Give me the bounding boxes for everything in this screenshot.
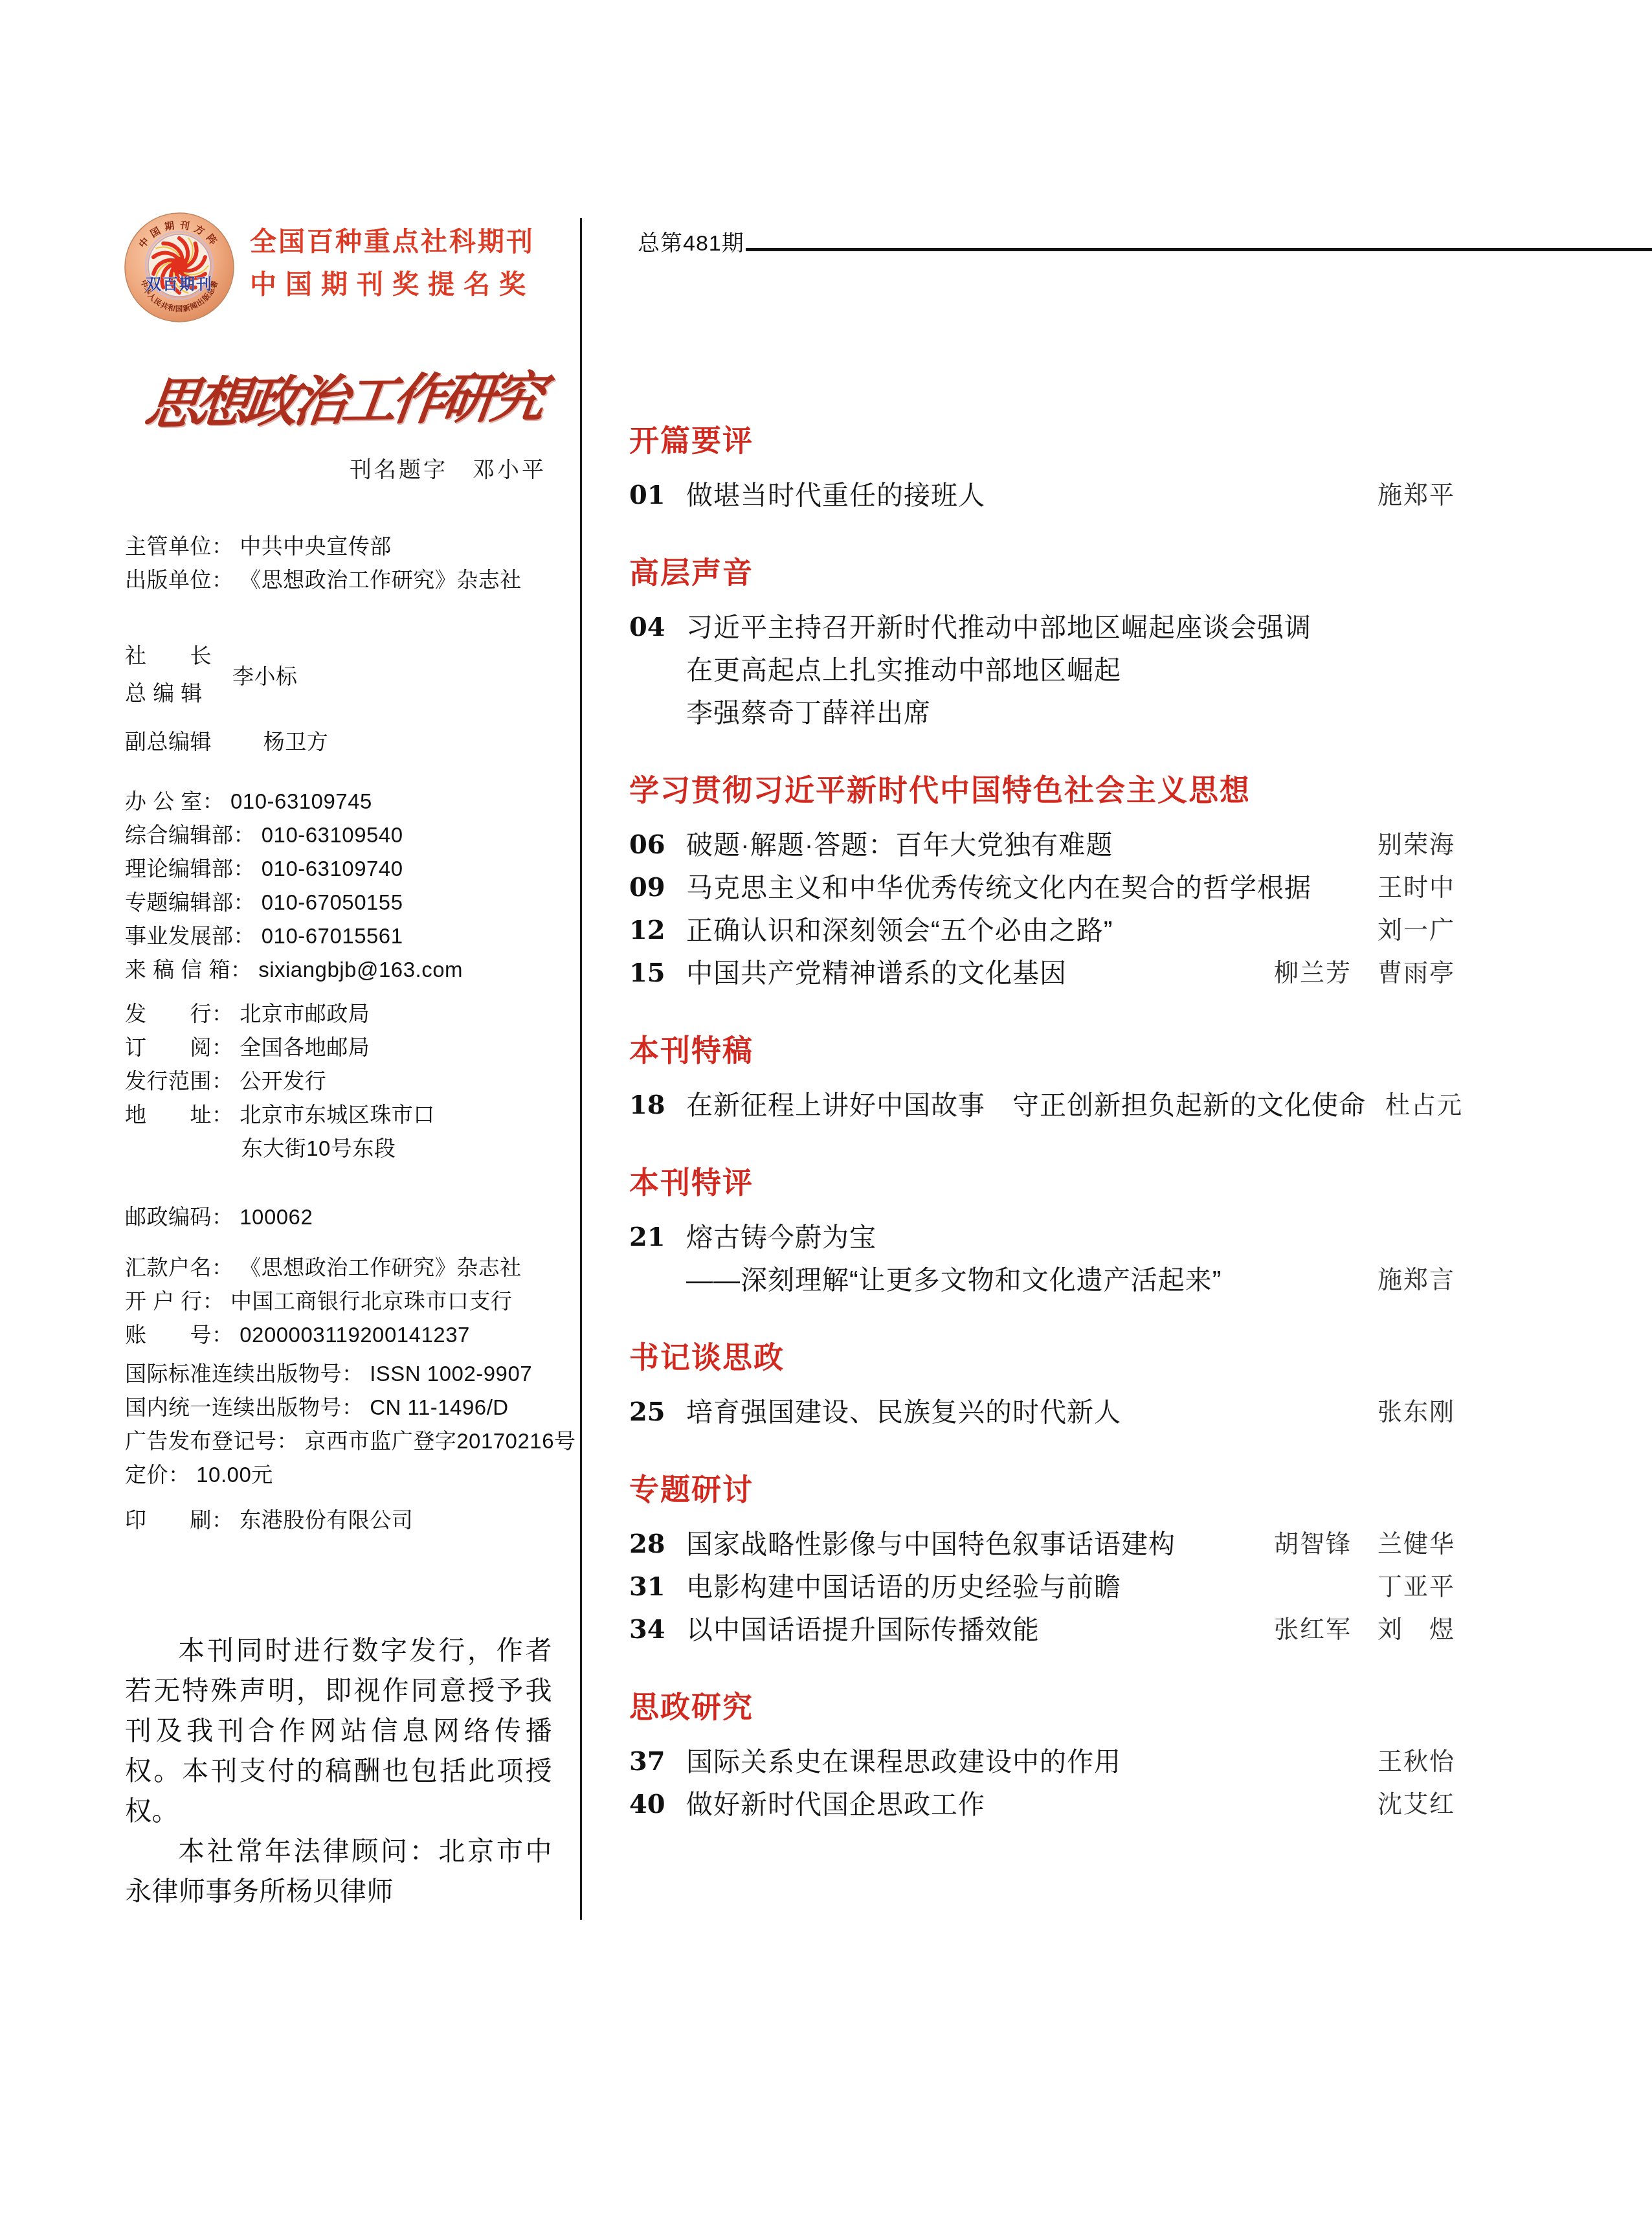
toc-item-authors: 施郑平	[1358, 474, 1455, 517]
toc-item-lines: 培育强国建设、民族复兴的时代新人张东刚	[686, 1391, 1455, 1433]
info-value: 010-67015561	[262, 924, 403, 948]
toc-item: 34 以中国话语提升国际传播效能张红军 刘 煜	[629, 1608, 1455, 1651]
toc-item: 40 做好新时代国企思政工作沈艾红	[629, 1783, 1455, 1826]
info-label: 国际标准连续出版物号：	[125, 1362, 364, 1386]
journal-title-calligraphy: 思想政治工作研究	[141, 354, 540, 439]
toc-item-lines: 国际关系史在课程思政建设中的作用王秋怡	[686, 1740, 1455, 1783]
toc-section-items: 21 熔古铸今蔚为宝——深刻理解“让更多文物和文化遗产活起来”施郑言	[629, 1216, 1455, 1301]
toc-item-title: 国家战略性影像与中国特色叙事话语建构	[686, 1523, 1176, 1566]
toc-page-number: 06	[629, 824, 686, 866]
toc-page-number: 04	[629, 606, 686, 734]
info-label: 办 公 室：	[125, 789, 224, 813]
publisher-info-row: 东大街10号东段	[125, 1134, 560, 1163]
toc-line: 习近平主持召开新时代推动中部地区崛起座谈会强调	[686, 606, 1455, 649]
info-value: 中国工商银行北京珠市口支行	[230, 1289, 513, 1313]
toc-item-title: 熔古铸今蔚为宝	[686, 1216, 876, 1259]
title-inscription: 刊名题字 邓小平	[350, 452, 546, 484]
info-value: CN 11-1496/D	[370, 1395, 509, 1419]
toc-section-items: 28 国家战略性影像与中国特色叙事话语建构胡智锋 兰健华 31 电影构建中国话语…	[629, 1523, 1455, 1651]
info-label: 广告发布登记号：	[125, 1429, 298, 1453]
toc-line: 李强蔡奇丁薛祥出席	[686, 691, 1455, 734]
toc-item-lines: 破题·解题·答题：百年大党独有难题别荣海	[686, 824, 1455, 866]
publisher-info-row: 理论编辑部： 010-63109740	[125, 855, 560, 883]
toc-item: 04 习近平主持召开新时代推动中部地区崛起座谈会强调在更高起点上扎实推动中部地区…	[629, 606, 1455, 734]
table-of-contents: 开篇要评 01 做堪当时代重任的接班人施郑平 高层声音 04 习近平主持召开新时…	[629, 422, 1455, 1826]
toc-item-authors: 柳兰芳 曹雨亭	[1255, 952, 1455, 995]
toc-item-title: 习近平主持召开新时代推动中部地区崛起座谈会强调	[686, 606, 1312, 649]
toc-page-number: 37	[629, 1740, 686, 1783]
toc-item-authors: 施郑言	[1358, 1259, 1455, 1301]
column-divider	[580, 218, 582, 1920]
toc-item-authors: 沈艾红	[1358, 1783, 1455, 1826]
toc-section: 开篇要评 01 做堪当时代重任的接班人施郑平	[629, 422, 1455, 517]
toc-item-authors: 王时中	[1358, 866, 1455, 909]
publisher-info-row: 订 阅： 全国各地邮局	[125, 1033, 560, 1062]
toc-item-title: 中国共产党精神谱系的文化基因	[686, 952, 1067, 995]
info-group: 发 行： 北京市邮政局 订 阅： 全国各地邮局 发行范围： 公开发行 地 址： …	[125, 1000, 560, 1163]
badge-center-text: 双百期刊	[146, 276, 213, 293]
info-value: 公开发行	[240, 1069, 326, 1093]
publisher-info-row: 主管单位： 中共中央宣传部	[125, 532, 560, 561]
publisher-info-column: 主管单位： 中共中央宣传部 出版单位： 《思想政治工作研究》杂志社 社 长 总 …	[125, 532, 560, 1911]
toc-line: 马克思主义和中华优秀传统文化内在契合的哲学根据王时中	[686, 866, 1455, 909]
toc-page-number: 21	[629, 1216, 686, 1301]
toc-page-number: 34	[629, 1608, 686, 1651]
info-group: 印 刷： 东港股份有限公司	[125, 1506, 560, 1535]
info-label: 综合编辑部：	[125, 823, 255, 847]
publisher-info-row: 开 户 行： 中国工商银行北京珠市口支行	[125, 1287, 560, 1316]
toc-item-lines: 以中国话语提升国际传播效能张红军 刘 煜	[686, 1608, 1455, 1651]
publisher-info-row: 综合编辑部： 010-63109540	[125, 821, 560, 849]
toc-line: 破题·解题·答题：百年大党独有难题别荣海	[686, 824, 1455, 866]
toc-item-title: 以中国话语提升国际传播效能	[686, 1608, 1040, 1651]
info-value: 全国各地邮局	[240, 1035, 370, 1059]
toc-item-title: 在新征程上讲好中国故事 守正创新担负起新的文化使命	[686, 1084, 1366, 1127]
toc-section-title: 专题研讨	[629, 1471, 1455, 1507]
toc-section-title: 书记谈思政	[629, 1339, 1455, 1375]
info-value: 10.00元	[196, 1463, 273, 1487]
toc-line: 培育强国建设、民族复兴的时代新人张东刚	[686, 1391, 1455, 1433]
publisher-info-row: 出版单位： 《思想政治工作研究》杂志社	[125, 566, 560, 594]
award-line: 中国期刊奖提名奖	[250, 263, 535, 306]
info-label: 理论编辑部：	[125, 857, 255, 881]
info-value: ISSN 1002-9907	[370, 1362, 532, 1386]
toc-item-title: 在更高起点上扎实推动中部地区崛起	[686, 649, 1121, 691]
toc-item-authors: 丁亚平	[1358, 1566, 1455, 1608]
toc-item: 25 培育强国建设、民族复兴的时代新人张东刚	[629, 1391, 1455, 1433]
award-titles: 全国百种重点社科期刊 中国期刊奖提名奖	[250, 220, 535, 306]
toc-section: 书记谈思政 25 培育强国建设、民族复兴的时代新人张东刚	[629, 1339, 1455, 1433]
toc-item-lines: 习近平主持召开新时代推动中部地区崛起座谈会强调在更高起点上扎实推动中部地区崛起李…	[686, 606, 1455, 734]
toc-section-items: 01 做堪当时代重任的接班人施郑平	[629, 474, 1455, 517]
toc-line: 国际关系史在课程思政建设中的作用王秋怡	[686, 1740, 1455, 1783]
publisher-info-row: 办 公 室： 010-63109745	[125, 787, 560, 816]
toc-item-lines: 做好新时代国企思政工作沈艾红	[686, 1783, 1455, 1826]
info-value: 010-67050155	[262, 890, 403, 914]
toc-line: 国家战略性影像与中国特色叙事话语建构胡智锋 兰健华	[686, 1523, 1455, 1566]
header-rule	[746, 248, 1652, 251]
toc-item-authors: 张东刚	[1358, 1391, 1455, 1433]
toc-item: 15 中国共产党精神谱系的文化基因柳兰芳 曹雨亭	[629, 952, 1455, 995]
toc-page-number: 28	[629, 1523, 686, 1566]
info-value: 京西市监广登字20170216号	[305, 1429, 576, 1453]
info-label: 账 号：	[125, 1323, 234, 1347]
publisher-info-row: 账 号： 0200003119200141237	[125, 1321, 560, 1349]
leadership-block: 社 长 总 编 辑 李小标 副总编辑 杨卫方	[125, 637, 560, 756]
deputy-editor-label: 副总编辑	[125, 730, 212, 754]
toc-line: 在新征程上讲好中国故事 守正创新担负起新的文化使命杜占元	[686, 1084, 1455, 1127]
president-editor-row: 社 长 总 编 辑 李小标	[125, 637, 560, 712]
toc-line: 正确认识和深刻领会“五个必由之路”刘一广	[686, 909, 1455, 952]
president-label: 社 长	[125, 637, 223, 675]
toc-page-number: 25	[629, 1391, 686, 1433]
toc-item-title: 正确认识和深刻领会“五个必由之路”	[686, 909, 1113, 952]
info-value: 《思想政治工作研究》杂志社	[240, 568, 522, 592]
toc-section-title: 本刊特评	[629, 1164, 1455, 1200]
info-label: 订 阅：	[125, 1035, 234, 1059]
toc-item-lines: 正确认识和深刻领会“五个必由之路”刘一广	[686, 909, 1455, 952]
legal-counsel-paragraph: 本社常年法律顾问：北京市中永律师事务所杨贝律师	[125, 1831, 552, 1911]
toc-item-title: 李强蔡奇丁薛祥出席	[686, 691, 931, 734]
info-label: 邮政编码：	[125, 1205, 234, 1229]
info-value: 北京市邮政局	[240, 1002, 370, 1026]
toc-item-lines: 中国共产党精神谱系的文化基因柳兰芳 曹雨亭	[686, 952, 1455, 995]
toc-section: 本刊特稿 18 在新征程上讲好中国故事 守正创新担负起新的文化使命杜占元	[629, 1032, 1455, 1127]
toc-item-title: 做堪当时代重任的接班人	[686, 474, 985, 517]
toc-section-items: 37 国际关系史在课程思政建设中的作用王秋怡 40 做好新时代国企思政工作沈艾红	[629, 1740, 1455, 1826]
toc-item: 01 做堪当时代重任的接班人施郑平	[629, 474, 1455, 517]
toc-item-title: 破题·解题·答题：百年大党独有难题	[686, 824, 1113, 866]
toc-item-title: 培育强国建设、民族复兴的时代新人	[686, 1391, 1121, 1433]
deputy-editor-row: 副总编辑 杨卫方	[125, 728, 560, 756]
publisher-info-row: 国内统一连续出版物号： CN 11-1496/D	[125, 1393, 560, 1422]
toc-page-number: 15	[629, 952, 686, 995]
info-value: 010-63109745	[230, 789, 372, 813]
info-value: 010-63109540	[262, 823, 403, 847]
toc-item: 31 电影构建中国话语的历史经验与前瞻丁亚平	[629, 1566, 1455, 1608]
toc-page-number: 31	[629, 1566, 686, 1608]
chief-editor-label: 总 编 辑	[125, 675, 223, 712]
toc-item-authors: 张红军 刘 煜	[1255, 1608, 1455, 1651]
toc-item-lines: 国家战略性影像与中国特色叙事话语建构胡智锋 兰健华	[686, 1523, 1455, 1566]
info-value: 东港股份有限公司	[240, 1508, 413, 1532]
toc-item: 21 熔古铸今蔚为宝——深刻理解“让更多文物和文化遗产活起来”施郑言	[629, 1216, 1455, 1301]
toc-line: 以中国话语提升国际传播效能张红军 刘 煜	[686, 1608, 1455, 1651]
toc-item-title: 电影构建中国话语的历史经验与前瞻	[686, 1566, 1121, 1608]
toc-item: 18 在新征程上讲好中国故事 守正创新担负起新的文化使命杜占元	[629, 1084, 1455, 1127]
toc-item-authors: 胡智锋 兰健华	[1255, 1523, 1455, 1566]
toc-page-number: 18	[629, 1084, 686, 1127]
publisher-info-row: 汇款户名： 《思想政治工作研究》杂志社	[125, 1254, 560, 1282]
info-value: 100062	[240, 1205, 313, 1229]
toc-item: 06 破题·解题·答题：百年大党独有难题别荣海	[629, 824, 1455, 866]
toc-section-items: 04 习近平主持召开新时代推动中部地区崛起座谈会强调在更高起点上扎实推动中部地区…	[629, 606, 1455, 734]
toc-section-items: 06 破题·解题·答题：百年大党独有难题别荣海 09 马克思主义和中华优秀传统文…	[629, 824, 1455, 995]
publisher-info-row: 定价： 10.00元	[125, 1461, 560, 1489]
toc-item-lines: 熔古铸今蔚为宝——深刻理解“让更多文物和文化遗产活起来”施郑言	[686, 1216, 1455, 1301]
toc-line: 中国共产党精神谱系的文化基因柳兰芳 曹雨亭	[686, 952, 1455, 995]
toc-line: 做好新时代国企思政工作沈艾红	[686, 1783, 1455, 1826]
info-value: 中共中央宣传部	[240, 534, 392, 558]
publisher-info-row: 印 刷： 东港股份有限公司	[125, 1506, 560, 1535]
info-label: 开 户 行：	[125, 1289, 224, 1313]
award-line: 全国百种重点社科期刊	[250, 220, 535, 263]
toc-item-title: 马克思主义和中华优秀传统文化内在契合的哲学根据	[686, 866, 1312, 909]
toc-item-lines: 在新征程上讲好中国故事 守正创新担负起新的文化使命杜占元	[686, 1084, 1455, 1127]
info-label: 定价：	[125, 1463, 190, 1487]
toc-item-title: ——深刻理解“让更多文物和文化遗产活起来”	[686, 1259, 1222, 1301]
toc-item: 28 国家战略性影像与中国特色叙事话语建构胡智锋 兰健华	[629, 1523, 1455, 1566]
info-label: 主管单位：	[125, 534, 234, 558]
toc-section: 思政研究 37 国际关系史在课程思政建设中的作用王秋怡 40 做好新时代国企思政…	[629, 1689, 1455, 1826]
toc-item-authors: 别荣海	[1358, 824, 1455, 866]
info-value: 北京市东城区珠市口	[240, 1103, 435, 1127]
toc-item-title: 做好新时代国企思政工作	[686, 1783, 985, 1826]
toc-item-authors: 杜占元	[1366, 1084, 1463, 1127]
toc-section: 高层声音 04 习近平主持召开新时代推动中部地区崛起座谈会强调在更高起点上扎实推…	[629, 554, 1455, 734]
issue-number: 总第481期	[638, 225, 744, 257]
toc-item-lines: 马克思主义和中华优秀传统文化内在契合的哲学根据王时中	[686, 866, 1455, 909]
info-value: 东大街10号东段	[241, 1136, 396, 1160]
toc-item-lines: 电影构建中国话语的历史经验与前瞻丁亚平	[686, 1566, 1455, 1608]
info-label: 事业发展部：	[125, 924, 255, 948]
info-label: 汇款户名：	[125, 1255, 234, 1279]
info-label: 印 刷：	[125, 1508, 234, 1532]
info-label: 出版单位：	[125, 568, 234, 592]
publisher-info-row: 发 行： 北京市邮政局	[125, 1000, 560, 1028]
toc-section-title: 高层声音	[629, 554, 1455, 590]
toc-page-number: 40	[629, 1783, 686, 1826]
toc-section: 专题研讨 28 国家战略性影像与中国特色叙事话语建构胡智锋 兰健华 31 电影构…	[629, 1471, 1455, 1651]
deputy-editor-name: 杨卫方	[263, 730, 329, 754]
publisher-info-row: 国际标准连续出版物号： ISSN 1002-9907	[125, 1360, 560, 1388]
info-value: 《思想政治工作研究》杂志社	[240, 1255, 522, 1279]
info-label: 专题编辑部：	[125, 890, 255, 914]
info-group: 办 公 室： 010-63109745 综合编辑部： 010-63109540 …	[125, 787, 560, 984]
info-label: 发行范围：	[125, 1069, 234, 1093]
toc-item: 09 马克思主义和中华优秀传统文化内在契合的哲学根据王时中	[629, 866, 1455, 909]
publisher-info-row: 来 稿 信 箱： sixiangbjb@163.com	[125, 956, 560, 984]
toc-item-title: 国际关系史在课程思政建设中的作用	[686, 1740, 1121, 1783]
publisher-info-row: 发行范围： 公开发行	[125, 1067, 560, 1096]
toc-line: 熔古铸今蔚为宝	[686, 1216, 1455, 1259]
toc-page-number: 12	[629, 909, 686, 952]
toc-section-title: 开篇要评	[629, 422, 1455, 458]
digital-rights-paragraph: 本刊同时进行数字发行，作者若无特殊声明，即视作同意授予我刊及我刊合作网站信息网络…	[125, 1630, 552, 1831]
publisher-info-row: 专题编辑部： 010-67050155	[125, 888, 560, 917]
journal-award-badge-icon: 中国期刊方阵 中华人民共和国新闻出版总署 双百期刊	[124, 211, 234, 324]
publisher-info-row: 地 址： 北京市东城区珠市口	[125, 1101, 560, 1129]
toc-page-number: 09	[629, 866, 686, 909]
toc-line: 做堪当时代重任的接班人施郑平	[686, 474, 1455, 517]
toc-section: 本刊特评 21 熔古铸今蔚为宝——深刻理解“让更多文物和文化遗产活起来”施郑言	[629, 1164, 1455, 1301]
info-group: 国际标准连续出版物号： ISSN 1002-9907 国内统一连续出版物号： C…	[125, 1360, 560, 1489]
toc-section-items: 25 培育强国建设、民族复兴的时代新人张东刚	[629, 1391, 1455, 1433]
publisher-info-row: 广告发布登记号： 京西市监广登字20170216号	[125, 1427, 560, 1456]
info-value: sixiangbjb@163.com	[258, 958, 463, 982]
info-label: 发 行：	[125, 1002, 234, 1026]
toc-item-authors: 王秋怡	[1358, 1740, 1455, 1783]
toc-line: 在更高起点上扎实推动中部地区崛起	[686, 649, 1455, 691]
toc-section: 学习贯彻习近平新时代中国特色社会主义思想 06 破题·解题·答题：百年大党独有难…	[629, 772, 1455, 995]
info-label: 国内统一连续出版物号：	[125, 1395, 364, 1419]
toc-line: 电影构建中国话语的历史经验与前瞻丁亚平	[686, 1566, 1455, 1608]
toc-section-title: 学习贯彻习近平新时代中国特色社会主义思想	[629, 772, 1455, 808]
toc-item-authors: 刘一广	[1358, 909, 1455, 952]
info-value: 010-63109740	[262, 857, 403, 881]
info-group: 汇款户名： 《思想政治工作研究》杂志社 开 户 行： 中国工商银行北京珠市口支行…	[125, 1254, 560, 1349]
publisher-info-row: 事业发展部： 010-67015561	[125, 922, 560, 950]
toc-item: 37 国际关系史在课程思政建设中的作用王秋怡	[629, 1740, 1455, 1783]
toc-item-lines: 做堪当时代重任的接班人施郑平	[686, 474, 1455, 517]
toc-page-number: 01	[629, 474, 686, 517]
president-editor-name: 李小标	[232, 660, 298, 690]
info-group: 邮政编码： 100062	[125, 1203, 560, 1231]
toc-section-title: 思政研究	[629, 1689, 1455, 1725]
magazine-toc-page: 中国期刊方阵 中华人民共和国新闻出版总署 双百期刊 全国百种重点社科期刊 中国期…	[0, 0, 1652, 2226]
info-label: 来 稿 信 箱：	[125, 958, 252, 982]
toc-section-items: 18 在新征程上讲好中国故事 守正创新担负起新的文化使命杜占元	[629, 1084, 1455, 1127]
info-value: 0200003119200141237	[240, 1323, 470, 1347]
info-label: 地 址：	[125, 1103, 234, 1127]
info-group: 主管单位： 中共中央宣传部 出版单位： 《思想政治工作研究》杂志社	[125, 532, 560, 594]
copyright-notice: 本刊同时进行数字发行，作者若无特殊声明，即视作同意授予我刊及我刊合作网站信息网络…	[125, 1630, 552, 1911]
toc-item: 12 正确认识和深刻领会“五个必由之路”刘一广	[629, 909, 1455, 952]
toc-section-title: 本刊特稿	[629, 1032, 1455, 1068]
publisher-info-row: 邮政编码： 100062	[125, 1203, 560, 1231]
toc-line: ——深刻理解“让更多文物和文化遗产活起来”施郑言	[686, 1259, 1455, 1301]
